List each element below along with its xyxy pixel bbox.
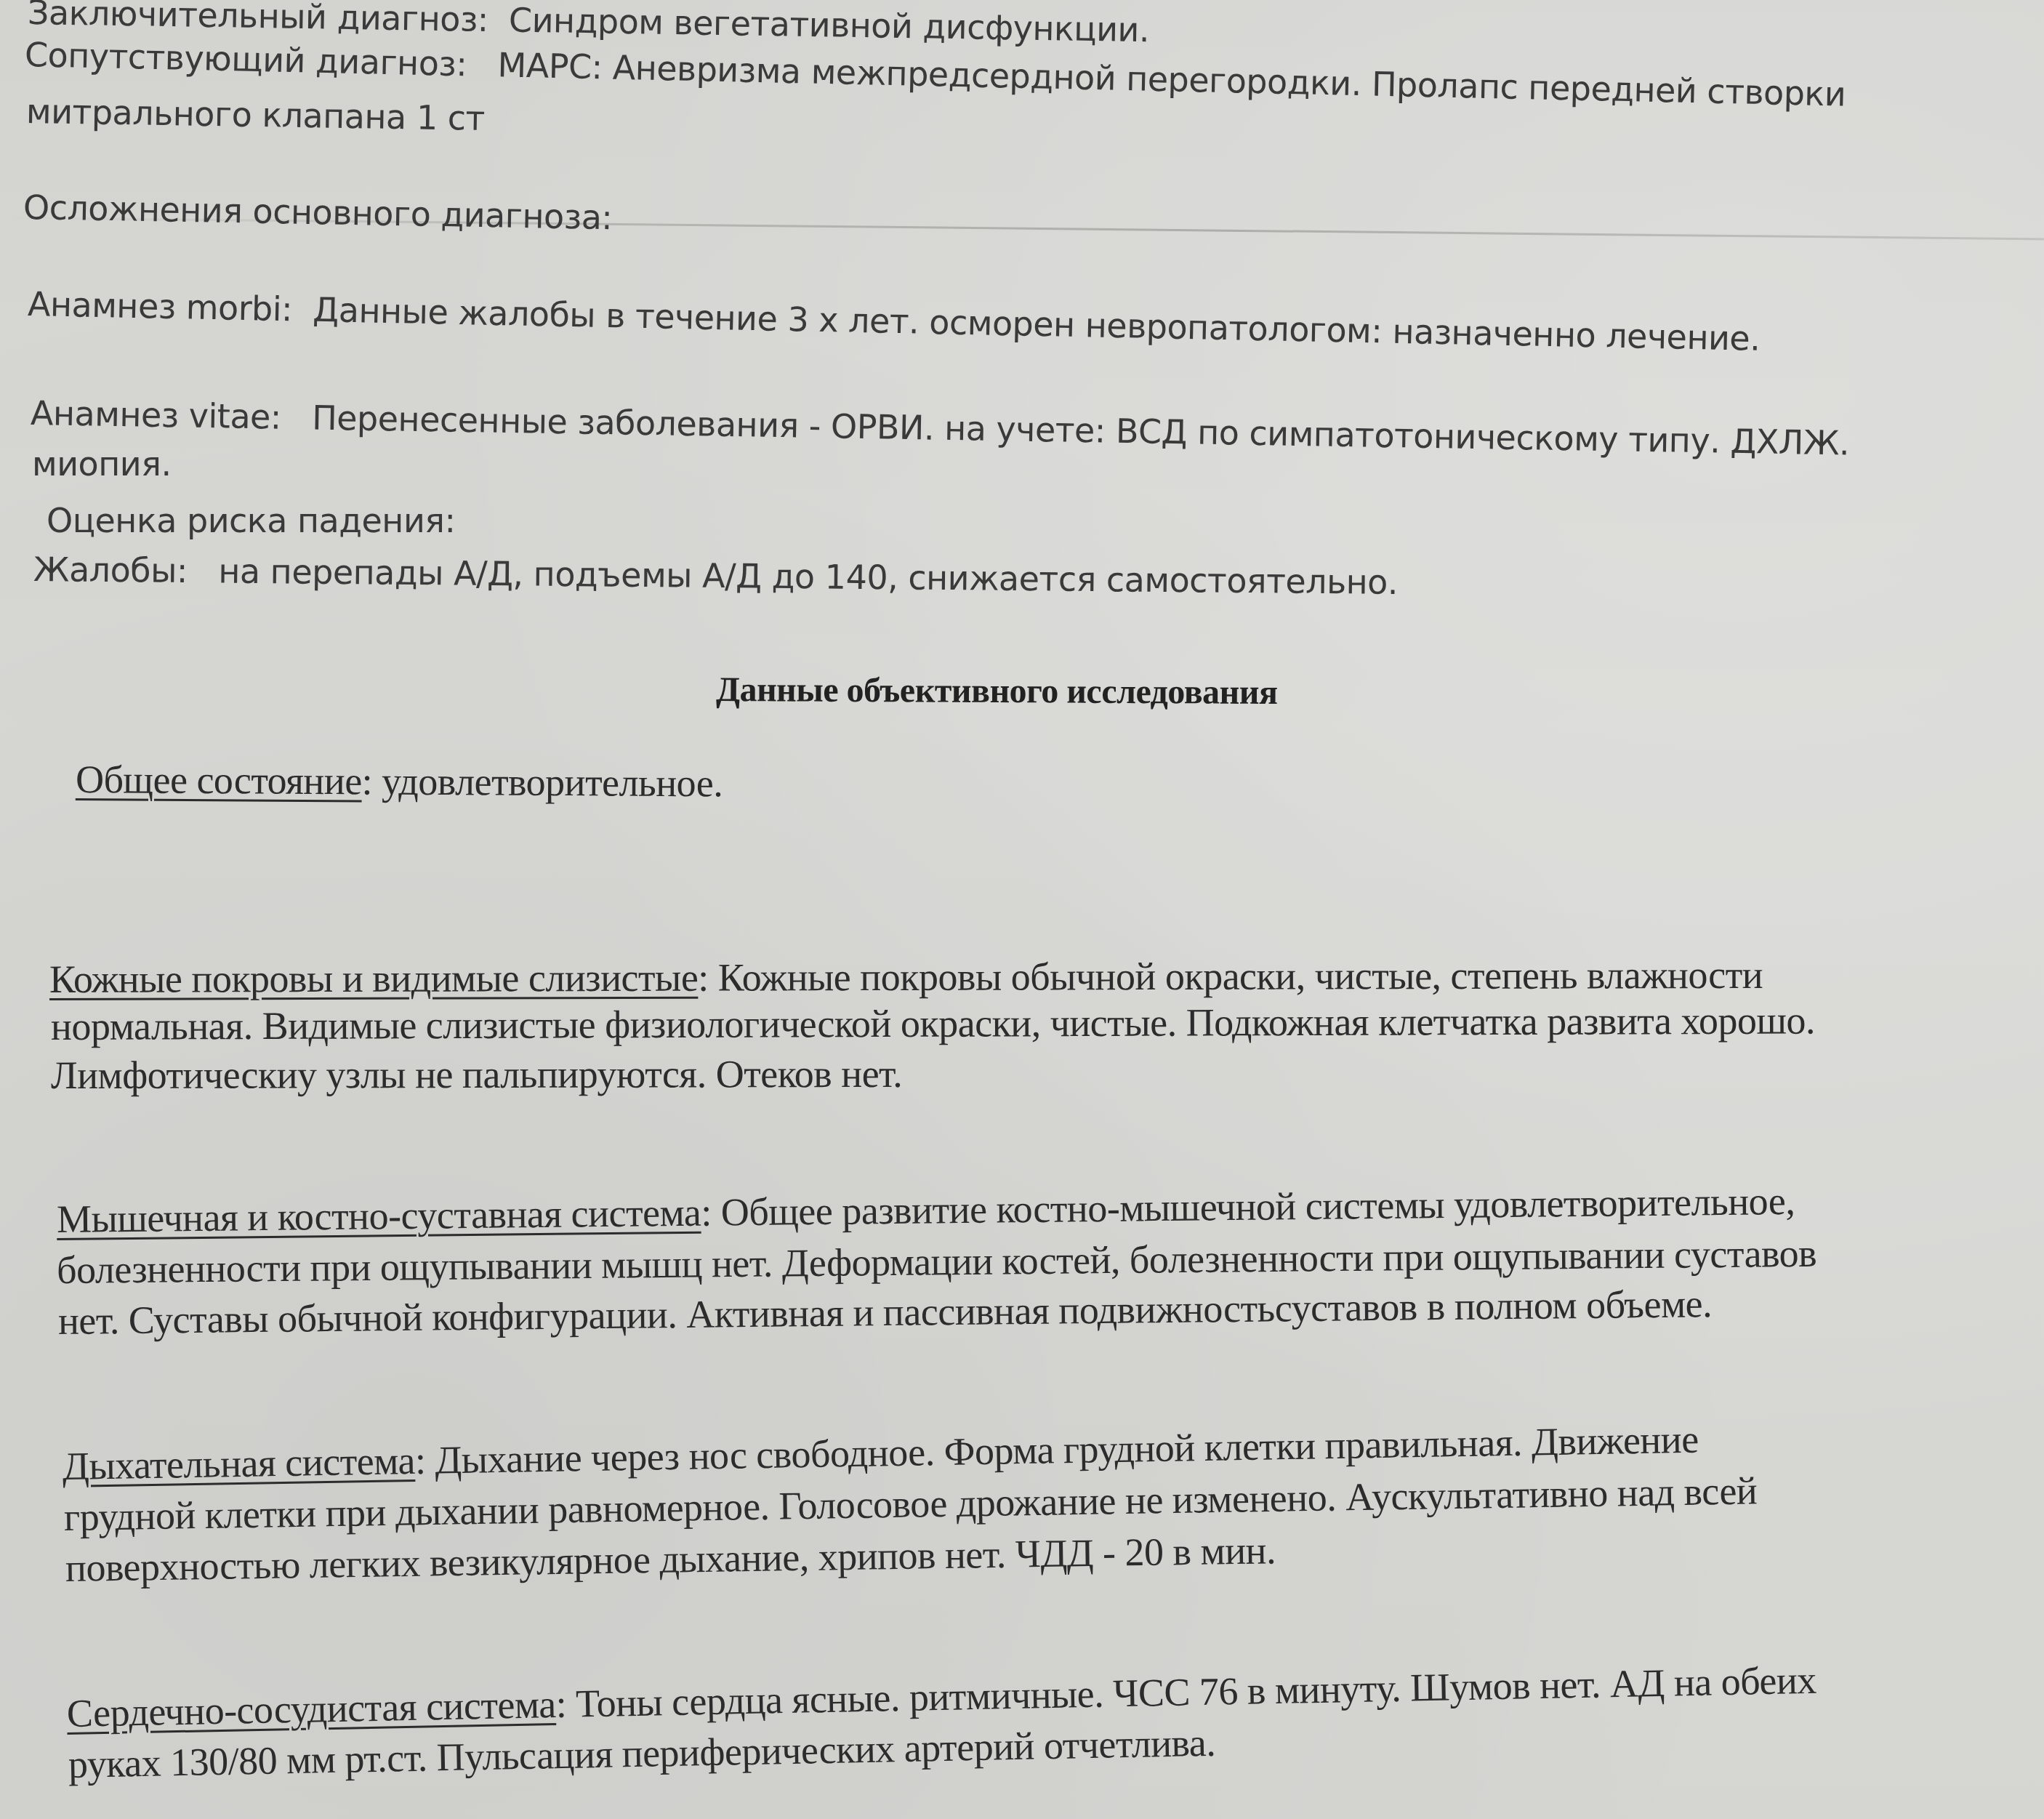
general-state-value: : удовлетворительное. bbox=[362, 759, 723, 805]
skin-label: Кожные покровы и видимые слизистые bbox=[49, 956, 698, 1001]
fall-risk-label: Оценка риска падения: bbox=[47, 504, 455, 537]
complaints-label: Жалобы: bbox=[33, 550, 188, 590]
concomitant-diagnosis-continuation: митрального клапана 1 ст bbox=[26, 95, 486, 135]
objective-exam-heading: Данные объективного исследования bbox=[716, 672, 1278, 710]
anamnesis-vitae-continuation: миопия. bbox=[32, 447, 172, 481]
respiratory-label: Дыхательная система bbox=[63, 1439, 416, 1488]
skin-line-3: Лимфотическиу узлы не пальпируются. Отек… bbox=[51, 1054, 902, 1095]
musculoskeletal-label: Мышечная и костно-суставная система bbox=[57, 1191, 701, 1241]
general-state-row: Общее состояние: удовлетворительное. bbox=[76, 760, 723, 803]
general-state-label: Общее состояние bbox=[76, 758, 362, 803]
skin-line-2: нормальная. Видимые слизистые физиологич… bbox=[51, 1001, 1815, 1046]
anamnesis-vitae-label: Анамнез vitae: bbox=[31, 393, 282, 437]
anamnesis-morbi-label: Анамнез morbi: bbox=[27, 284, 292, 329]
skin-row-1: Кожные покровы и видимые слизистые: Кожн… bbox=[49, 955, 1763, 999]
complications-label: Осложнения основного диагноза: bbox=[23, 190, 613, 234]
skin-line-1: : Кожные покровы обычной окраски, чистые… bbox=[698, 953, 1763, 1000]
